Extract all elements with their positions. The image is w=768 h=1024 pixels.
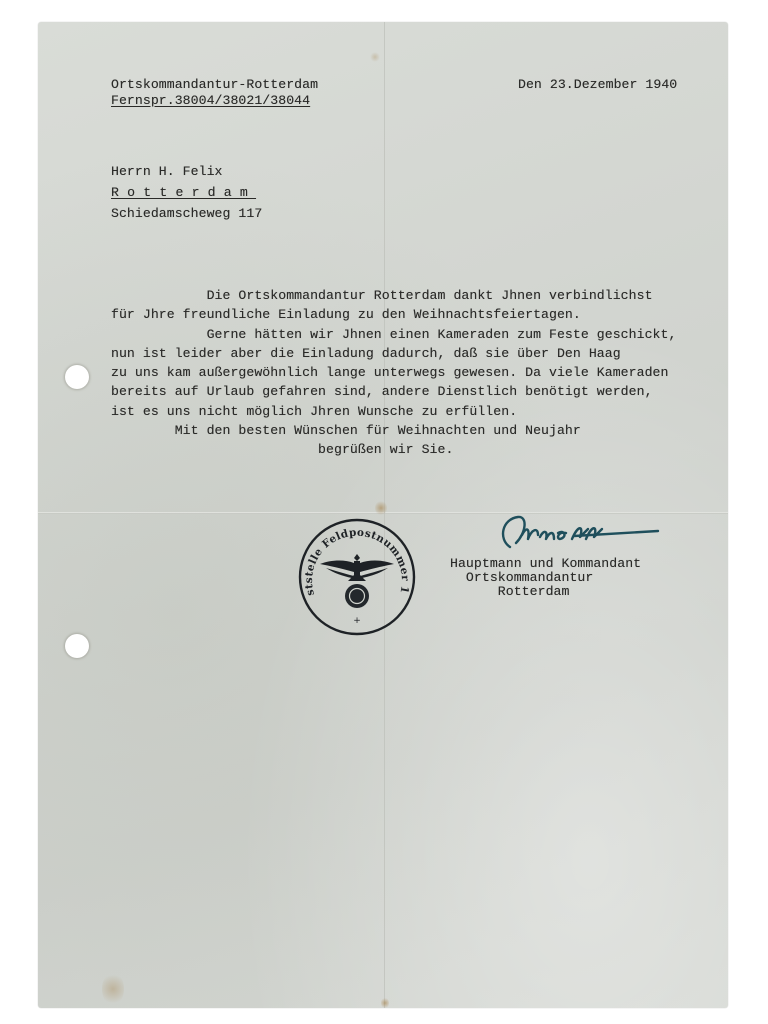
eagle-emblem [320,554,394,581]
body-line: nun ist leider aber die Einladung dadurc… [111,344,676,363]
signer-title: Hauptmann und Kommandant [450,557,641,571]
signer-city: Rotterdam [450,585,641,599]
body-line: bereits auf Urlaub gefahren sind, andere… [111,382,676,401]
letter-paper: Ortskommandantur-Rotterdam Fernspr.38004… [38,22,728,1008]
punch-hole [65,634,89,658]
signature-block: Hauptmann und Kommandant Ortskommandantu… [450,557,641,599]
svg-text:+: + [353,616,361,626]
body-line: für Jhre freundliche Einladung zu den We… [111,305,676,324]
stain-mark [102,972,124,1006]
signer-office: Ortskommandantur [450,571,641,585]
body-line: begrüßen wir Sie. [111,440,676,459]
letter-body: Die Ortskommandantur Rotterdam dankt Jhn… [111,286,676,460]
body-line: Mit den besten Wünschen für Weihnachten … [111,421,676,440]
official-stamp-icon: Dienststelle Feldpostnummer 13336 + [296,516,418,638]
letter-date: Den 23.Dezember 1940 [518,75,677,94]
vertical-fold-line [384,22,385,1008]
body-line: zu uns kam außergewöhnlich lange unterwe… [111,363,676,382]
letterhead-phone: Fernspr.38004/38021/38044 [111,91,310,110]
stain-mark [370,52,380,62]
stain-mark [381,997,389,1009]
recipient-city: Rotterdam [111,183,256,202]
body-line: Die Ortskommandantur Rotterdam dankt Jhn… [111,286,676,305]
body-line: ist es uns nicht möglich Jhren Wunsche z… [111,402,676,421]
recipient-street: Schiedamscheweg 117 [111,204,262,223]
body-line: Gerne hätten wir Jhnen einen Kameraden z… [111,325,676,344]
recipient-name: Herrn H. Felix [111,162,223,181]
handwritten-signature [488,509,678,559]
stain-mark [375,500,387,516]
punch-hole [65,365,89,389]
